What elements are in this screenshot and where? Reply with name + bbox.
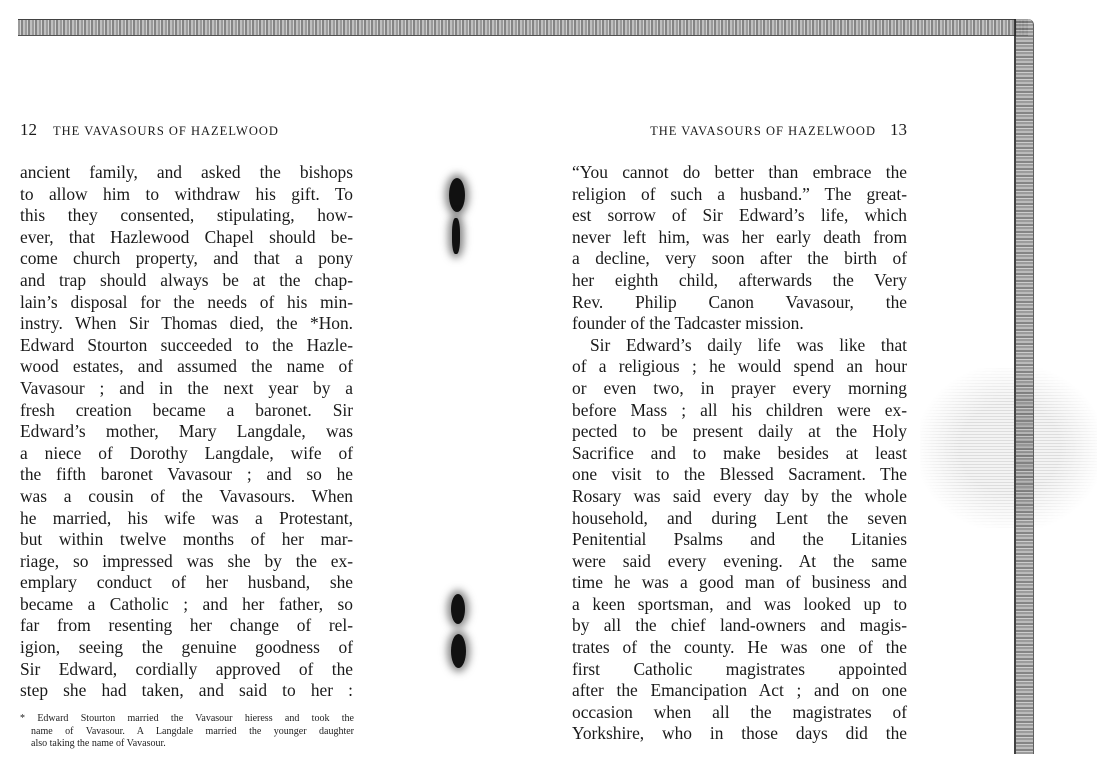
binding-mark bbox=[452, 218, 460, 254]
text-line: and trap should always be at the chap- bbox=[20, 270, 353, 292]
text-line: Vavasour ; and in the next year by a bbox=[20, 378, 353, 400]
binding-mark bbox=[449, 178, 465, 212]
footnote-line: also taking the name of Vavasour. bbox=[20, 738, 354, 751]
page-number: 12 bbox=[20, 120, 37, 140]
text-line: igion, seeing the genuine goodness of bbox=[20, 637, 353, 659]
text-line: were said every evening. At the same bbox=[572, 551, 907, 573]
text-line: one visit to the Blessed Sacrament. The bbox=[572, 464, 907, 486]
page-number: 13 bbox=[890, 120, 907, 140]
text-line: was a cousin of the Vavasours. When bbox=[20, 486, 353, 508]
text-line: ancient family, and asked the bishops bbox=[20, 162, 353, 184]
text-line: wood estates, and assumed the name of bbox=[20, 356, 353, 378]
binding-mark bbox=[451, 594, 465, 624]
scan-smudge bbox=[920, 368, 1097, 528]
text-line: step she had taken, and said to her : bbox=[20, 680, 353, 702]
text-line: a keen sportsman, and was looked up to bbox=[572, 594, 907, 616]
text-line: Sir Edward, cordially approved of the bbox=[20, 659, 353, 681]
text-line: far from resenting her change of rel- bbox=[20, 615, 353, 637]
scan-border-top bbox=[18, 19, 1028, 36]
left-page: 12 THE VAVASOURS OF HAZELWOOD ancient fa… bbox=[20, 120, 353, 702]
text-line: a decline, very soon after the birth of bbox=[572, 248, 907, 270]
text-line: fresh creation became a baronet. Sir bbox=[20, 400, 353, 422]
text-line: instry. When Sir Thomas died, the *Hon. bbox=[20, 313, 353, 335]
text-line: “You cannot do better than embrace the bbox=[572, 162, 907, 184]
text-line: riage, so impressed was she by the ex- bbox=[20, 551, 353, 573]
text-line: religion of such a husband.” The great- bbox=[572, 184, 907, 206]
text-line: Yorkshire, who in those days did the bbox=[572, 723, 907, 745]
footnote-line: name of Vavasour. A Langdale married the… bbox=[20, 726, 354, 739]
text-line: Sir Edward’s daily life was like that bbox=[572, 335, 907, 357]
text-line: first Catholic magistrates appointed bbox=[572, 659, 907, 681]
text-line: by all the chief land-owners and magis- bbox=[572, 615, 907, 637]
text-line: Edward’s mother, Mary Langdale, was bbox=[20, 421, 353, 443]
text-line: after the Emancipation Act ; and on one bbox=[572, 680, 907, 702]
left-body-text: ancient family, and asked the bishops to… bbox=[20, 162, 353, 702]
text-line: Rosary was said every day by the whole bbox=[572, 486, 907, 508]
text-line: founder of the Tadcaster mission. bbox=[572, 313, 907, 335]
footnote-line: * Edward Stourton married the Vavasour h… bbox=[20, 713, 354, 726]
text-line: come church property, and that a pony bbox=[20, 248, 353, 270]
text-line: Edward Stourton succeeded to the Hazle- bbox=[20, 335, 353, 357]
text-line: became a Catholic ; and her father, so bbox=[20, 594, 353, 616]
text-line: but within twelve months of her mar- bbox=[20, 529, 353, 551]
text-line: her eighth child, afterwards the Very bbox=[572, 270, 907, 292]
footnote: * Edward Stourton married the Vavasour h… bbox=[20, 713, 354, 751]
text-line: occasion when all the magistrates of bbox=[572, 702, 907, 724]
text-line: or even two, in prayer every morning bbox=[572, 378, 907, 400]
text-line: lain’s disposal for the needs of his min… bbox=[20, 292, 353, 314]
text-line: this they consented, stipulating, how- bbox=[20, 205, 353, 227]
running-head-title: THE VAVASOURS OF HAZELWOOD bbox=[650, 124, 876, 139]
right-running-head: THE VAVASOURS OF HAZELWOOD 13 bbox=[572, 120, 907, 146]
text-line: emplary conduct of her husband, she bbox=[20, 572, 353, 594]
text-line: a niece of Dorothy Langdale, wife of bbox=[20, 443, 353, 465]
text-line: Rev. Philip Canon Vavasour, the bbox=[572, 292, 907, 314]
text-line: of a religious ; he would spend an hour bbox=[572, 356, 907, 378]
text-line: time he was a good man of business and bbox=[572, 572, 907, 594]
text-line: trates of the county. He was one of the bbox=[572, 637, 907, 659]
running-head-title: THE VAVASOURS OF HAZELWOOD bbox=[53, 124, 279, 139]
text-line: to allow him to withdraw his gift. To bbox=[20, 184, 353, 206]
left-running-head: 12 THE VAVASOURS OF HAZELWOOD bbox=[20, 120, 353, 146]
right-page: THE VAVASOURS OF HAZELWOOD 13 “You canno… bbox=[572, 120, 907, 745]
binding-mark bbox=[451, 634, 466, 668]
text-line: pected to be present daily at the Holy bbox=[572, 421, 907, 443]
right-body-text: “You cannot do better than embrace the r… bbox=[572, 162, 907, 745]
text-line: before Mass ; all his children were ex- bbox=[572, 400, 907, 422]
text-line: the fifth baronet Vavasour ; and so he bbox=[20, 464, 353, 486]
text-line: ever, that Hazlewood Chapel should be- bbox=[20, 227, 353, 249]
text-line: he married, his wife was a Protestant, bbox=[20, 508, 353, 530]
text-line: household, and during Lent the seven bbox=[572, 508, 907, 530]
text-line: Sacrifice and to make besides at least bbox=[572, 443, 907, 465]
text-line: est sorrow of Sir Edward’s life, which bbox=[572, 205, 907, 227]
text-line: never left him, was her early death from bbox=[572, 227, 907, 249]
text-line: Penitential Psalms and the Litanies bbox=[572, 529, 907, 551]
